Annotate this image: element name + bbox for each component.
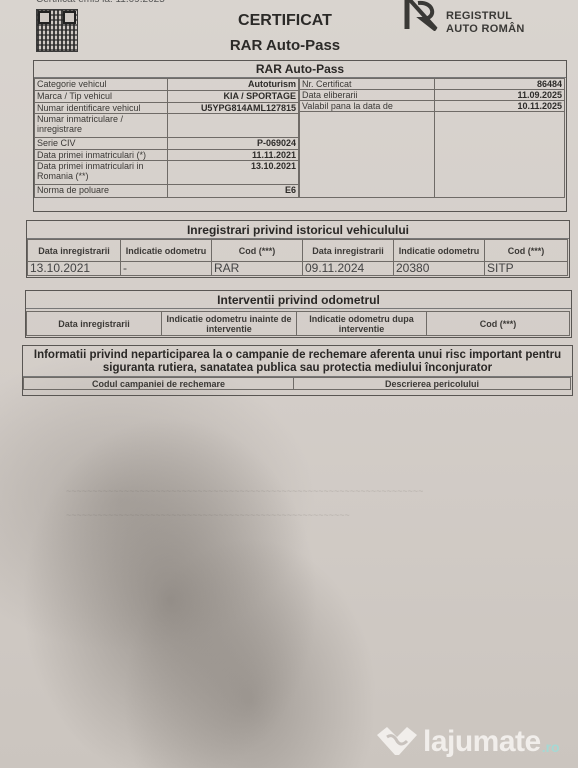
qr-code-icon — [36, 9, 78, 52]
watermark-suffix: .ro — [542, 739, 560, 755]
watermark-text: lajumate — [423, 725, 541, 759]
recall-table: Codul campaniei de rechemare Descrierea … — [23, 377, 571, 390]
odometer-table: Data inregistrarii Indicatie odometru in… — [26, 311, 570, 336]
table-row: Categorie vehiculAutoturism — [35, 79, 299, 91]
odometer-section: Interventii privind odometrul Data inreg… — [25, 290, 572, 338]
rar-logo-text: REGISTRUL AUTO ROMÂN — [446, 10, 525, 36]
table-row: 13.10.2021 - RAR 09.11.2024 20380 SITP — [28, 262, 568, 276]
odometer-title: Interventii privind odometrul — [26, 291, 571, 309]
table-row: Data primei inmatriculari (*)11.11.2021 — [35, 149, 299, 161]
lajumate-watermark: lajumate .ro — [373, 723, 560, 761]
issued-note: Certificat emis la: 11.09.2025 — [36, 0, 165, 5]
history-header-row: Data inregistrarii Indicatie odometru Co… — [28, 240, 568, 262]
empty-row — [300, 112, 565, 198]
table-row: Norma de poluareE6 — [35, 185, 299, 198]
recall-section: Informatii privind neparticiparea la o c… — [22, 345, 573, 396]
table-row: Data eliberarii11.09.2025 — [300, 90, 565, 101]
table-row: Nr. Certificat86484 — [300, 79, 565, 90]
odometer-header-row: Data inregistrarii Indicatie odometru in… — [27, 312, 570, 336]
history-section: Inregistrari privind istoricul vehiculul… — [26, 220, 570, 278]
handshake-icon — [373, 723, 421, 761]
certificate-info: Nr. Certificat86484 Data eliberarii11.09… — [299, 78, 565, 198]
document-title: CERTIFICAT — [200, 12, 370, 30]
table-row: Marca / Tip vehiculKIA / SPORTAGE — [35, 90, 299, 102]
autopass-section: RAR Auto-Pass Categorie vehiculAutoturis… — [33, 60, 567, 212]
recall-header-row: Codul campaniei de rechemare Descrierea … — [24, 378, 571, 390]
bleed-through-text: ~~~~~~~~~~~~~~~~~~~~~~~~~~~~~~~~~~~~~~~~… — [66, 510, 350, 520]
autopass-title: RAR Auto-Pass — [34, 61, 566, 78]
certificate-table: Nr. Certificat86484 Data eliberarii11.09… — [299, 78, 565, 198]
rar-logo-icon — [404, 0, 440, 31]
vehicle-table: Categorie vehiculAutoturism Marca / Tip … — [34, 78, 299, 198]
table-row: Serie CIVP-069024 — [35, 137, 299, 149]
history-table: Data inregistrarii Indicatie odometru Co… — [27, 239, 568, 276]
table-row: Numar inmatriculare / inregistrare — [35, 114, 299, 138]
table-row: Numar identificare vehiculU5YPG814AML127… — [35, 102, 299, 114]
table-row: Valabil pana la data de10.11.2025 — [300, 101, 565, 112]
history-title: Inregistrari privind istoricul vehiculul… — [27, 221, 569, 239]
document-subtitle: RAR Auto-Pass — [200, 37, 370, 54]
recall-title: Informatii privind neparticiparea la o c… — [23, 346, 572, 377]
table-row: Data primei inmatriculari in Romania (**… — [35, 161, 299, 185]
bleed-through-text: ~~~~~~~~~~~~~~~~~~~~~~~~~~~~~~~~~~~~~~~~… — [66, 486, 423, 496]
